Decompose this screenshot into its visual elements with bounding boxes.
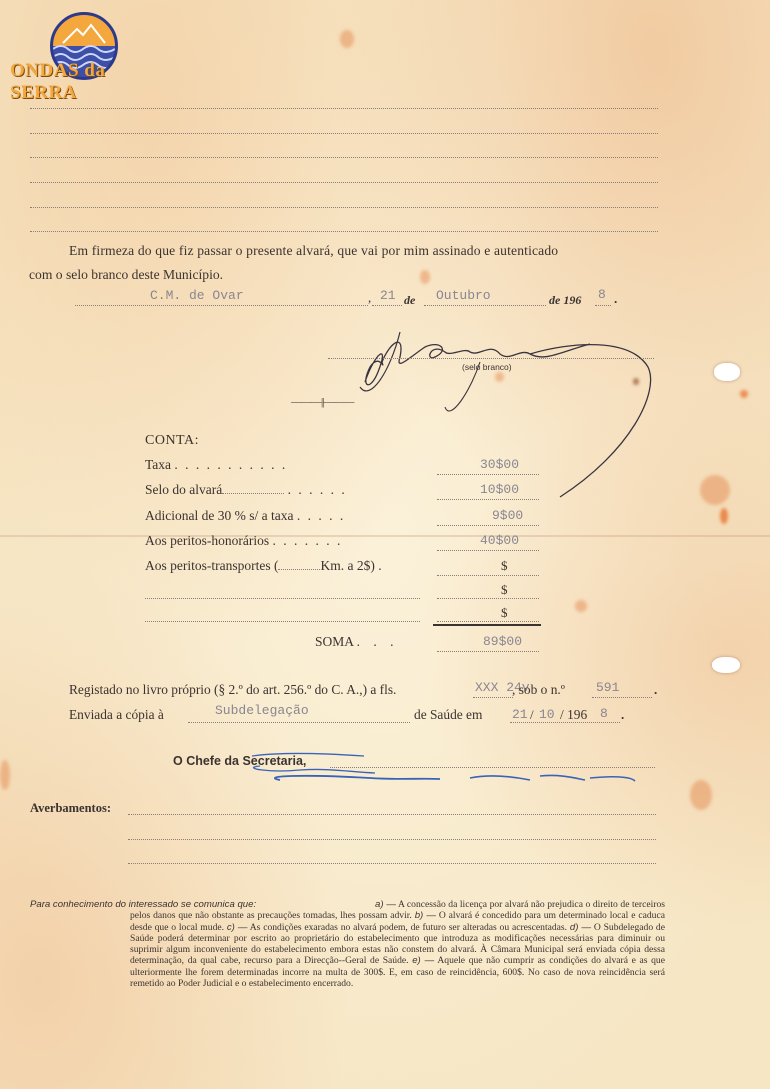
blank-line <box>145 621 420 622</box>
blank-line <box>145 598 420 599</box>
punch-hole <box>714 363 740 381</box>
punch-hole <box>712 657 740 673</box>
stain <box>0 760 10 790</box>
logo-text: ONDAS da SERRA <box>10 60 148 104</box>
amount-line <box>437 575 539 576</box>
closing-line-1: Em firmeza do que fiz passar o presente … <box>69 243 558 259</box>
amount-line <box>437 525 539 526</box>
conta-row-value: 10$00 <box>480 482 519 497</box>
conta-row-label: Aos peritos-transportes (Km. a 2$) . <box>145 558 382 574</box>
date-day: 21 <box>512 707 528 722</box>
amount-line <box>437 550 539 551</box>
stain <box>340 30 354 48</box>
averbamentos-line <box>128 814 656 815</box>
health-label: de Saúde em <box>414 707 482 723</box>
conta-row-label: Aos peritos-honorários . . . . . . . <box>145 533 342 549</box>
registration-text: Registado no livro próprio (§ 2.º do art… <box>69 682 396 698</box>
conta-row-label: Adicional de 30 % s/ a taxa . . . . . <box>145 508 345 524</box>
averbamentos-line <box>128 863 656 864</box>
date-sep: / <box>530 707 534 723</box>
blank-line <box>30 231 658 232</box>
date-year-digit: 8 <box>600 706 608 721</box>
legal-notice: Para conhecimento do interessado se comu… <box>30 899 665 989</box>
amount-line <box>437 499 539 500</box>
conta-row-label: Taxa . . . . . . . . . . . <box>145 457 287 473</box>
conta-title: CONTA: <box>145 433 199 449</box>
conta-row-value: 30$00 <box>480 457 519 472</box>
stain <box>420 270 430 284</box>
period: . <box>621 707 624 723</box>
period: . <box>654 682 657 698</box>
averbamentos-line <box>128 839 656 840</box>
registration-number-label: , sob o n.º <box>512 682 565 698</box>
stain <box>575 600 587 612</box>
year-digit: 8 <box>598 287 606 302</box>
blank-line <box>30 108 658 109</box>
place-line <box>75 305 368 306</box>
document-page: ONDAS da SERRA Em firmeza do que fiz pas… <box>0 0 770 1089</box>
conta-row-value: 9$00 <box>492 508 523 523</box>
copy-to-line <box>188 722 410 723</box>
stain <box>690 780 712 810</box>
blank-line <box>30 157 658 158</box>
number-line <box>592 697 652 698</box>
section-separator: ———||——— <box>291 396 353 408</box>
total-rule <box>433 624 541 626</box>
blank-line <box>30 182 658 183</box>
month-line <box>424 305 546 306</box>
period: . <box>614 291 617 307</box>
amount-line <box>437 598 539 599</box>
day-line <box>372 305 402 306</box>
place-value: C.M. de Ovar <box>150 288 244 303</box>
stain <box>720 508 728 524</box>
conta-row-currency: $ <box>501 558 508 574</box>
date-month: 10 <box>539 707 555 722</box>
comma: , <box>368 290 371 306</box>
chefe-signature <box>240 748 660 788</box>
blank-line <box>30 207 658 208</box>
watermark-logo: ONDAS da SERRA <box>8 10 148 90</box>
date-year-prefix: / 196 <box>560 707 587 723</box>
notice-lead: Para conhecimento do interessado se comu… <box>30 899 256 910</box>
fold-crease <box>0 535 770 537</box>
signature-line <box>328 358 654 359</box>
year-prefix: de 196 <box>549 293 581 308</box>
conta-row-currency: $ <box>501 582 508 598</box>
conta-row-value: 40$00 <box>480 533 519 548</box>
averbamentos-label: Averbamentos: <box>30 801 111 816</box>
total-label: SOMA . . . <box>315 634 399 650</box>
conta-row-label: Selo do alvará . . . . . . <box>145 482 347 498</box>
day-value: 21 <box>380 288 396 303</box>
year-line <box>595 305 611 306</box>
fls-line <box>473 697 513 698</box>
amount-line <box>437 651 539 652</box>
closing-line-2: com o selo branco deste Município. <box>29 267 223 283</box>
copy-label: Enviada a cópia à <box>69 707 164 723</box>
stain <box>700 475 730 505</box>
month-value: Outubro <box>436 288 491 303</box>
de-label: de <box>404 293 415 308</box>
registration-number: 591 <box>596 680 619 695</box>
amount-line <box>437 621 539 622</box>
blank-line <box>30 133 658 134</box>
seal-label: (selo branco) <box>462 362 512 372</box>
copy-to-value: Subdelegação <box>215 703 309 718</box>
total-value: 89$00 <box>483 634 522 649</box>
stain <box>740 390 748 398</box>
notice-body: a) — A concessão da licença por alvará n… <box>30 899 665 989</box>
conta-row-currency: $ <box>501 605 508 621</box>
amount-line <box>437 474 539 475</box>
